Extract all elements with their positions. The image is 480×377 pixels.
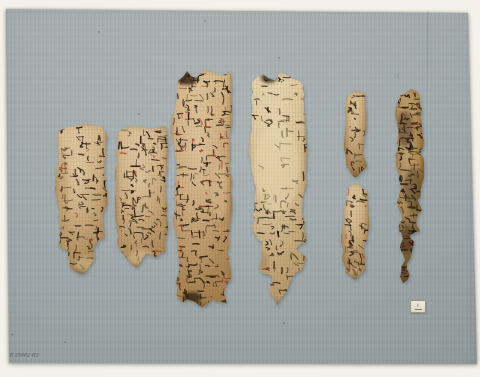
mount-board	[0, 0, 480, 377]
photograph: + 15 E 25062 H2 1	[0, 0, 480, 377]
mount-board-shadow	[0, 0, 480, 377]
